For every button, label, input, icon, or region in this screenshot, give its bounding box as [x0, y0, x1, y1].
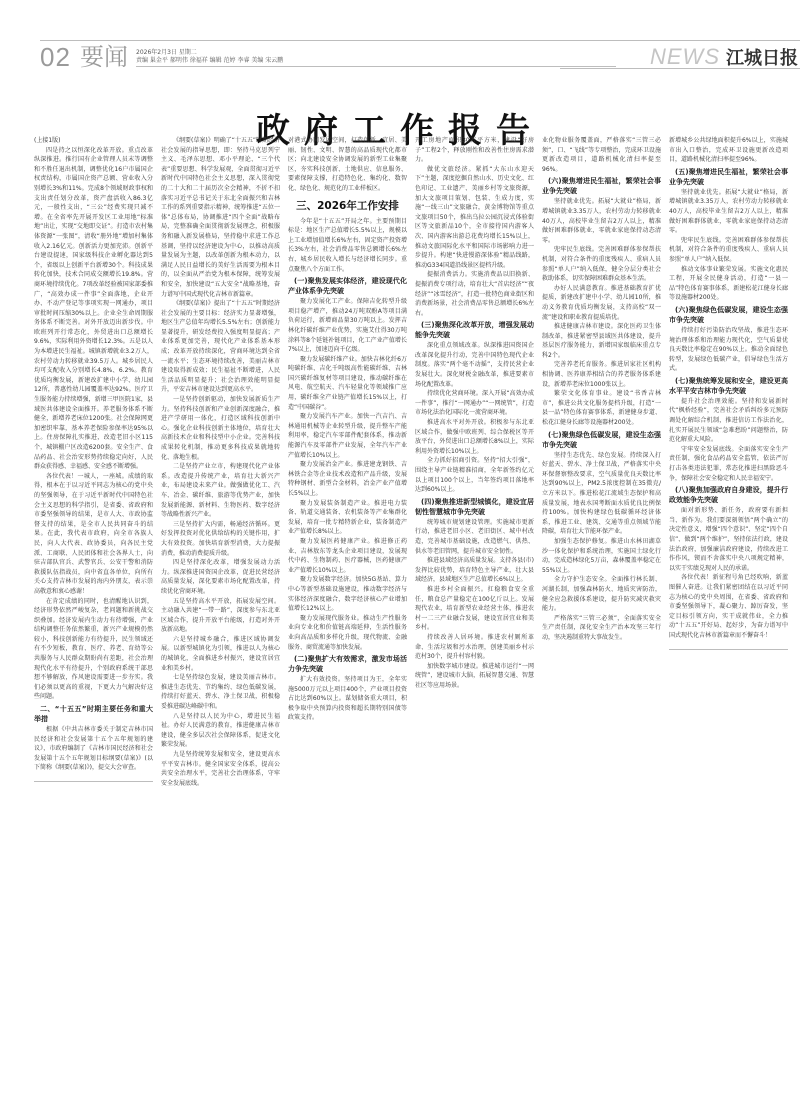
paragraph: 聚力发展现代服务业。推动生产性服务业向专业化和价值链高端延伸，生活性服务业向高品…	[288, 614, 407, 652]
text-column-5: 业化物业服务覆盖面，严格落实“三管三必须”，口、“飞线”等专项整治，完成环卫设施…	[542, 136, 661, 1088]
text-column-4: 开工房地产面积30万平方米，建设“好房子”工程2个，释放刚性和改善性住房需求潜力…	[415, 136, 534, 1088]
top-rule	[40, 40, 800, 41]
paragraph: 《纲要(草案)》明确了“十五五”时期经济社会发展的指导思想，即：坚持马克思列宁主…	[161, 136, 280, 299]
paragraph: 七是坚持绿色发展，建设美丽吉林市。推进生态优先、节约集约、绿色低碳发展，持续打好…	[161, 673, 280, 711]
paragraph: 坚持生态优先、绿色发展。持续深入打好蓝天、碧水、净土保卫战，严格落实中央环保督察…	[542, 451, 661, 537]
paragraph: 深化重点领域改革。纵深推进国资国企改革深化提升行动，完善中国特色现代企业制度。落…	[415, 341, 534, 389]
paragraph: 六是坚持城乡融合，推进区域协调发展。以新型城镇化为引领，推进以人为核心的城镇化，…	[161, 635, 280, 673]
text-column-1: (上接1版)四是持之以恒深化改革开放。重点改革纵深推进。推行国有企业管理人员末等…	[34, 136, 153, 1088]
editor-credits: 责编 巢金平 郝明伟 徐福祥 编辑 范婷 李睿 美编 宋云鹏	[136, 57, 283, 65]
paragraph: 聚力发展医药健康产业。推进修正药业、吉林敖东等龙头企业项目建设，发展现代中药、生…	[288, 537, 407, 575]
section-name: 要闻	[80, 42, 128, 72]
paragraph: 统筹城市规划建设管理。实施城市更新行动，推进老旧小区、老旧街区、城中村改造，完善…	[415, 518, 534, 556]
paragraph: 提振消费活力。实施消费品以旧换新、提振消费专项行动，培育壮大“首店经济”“夜经济…	[415, 270, 534, 318]
paragraph: 持续改善人居环境。推进农村厕所革命、生活垃圾和污水治理，创建美丽乡村示范村30个…	[415, 633, 534, 662]
paragraph: 聚力发展装备制造产业。推进电力装备、轨道交通装备、农机装备等产业集群化发展，培育…	[288, 499, 407, 537]
paragraph: 面对新形势、新任务，政府要有新担当、新作为。我们要深刻领悟“两个确立”的决定性意…	[669, 506, 788, 573]
masthead: 02 要闻 2026年2月3日 星期二 责编 巢金平 郝明伟 徐福祥 编辑 范婷…	[40, 42, 800, 72]
paragraph: 推进高水平对外开放。积极参与东北亚区域合作，做强中欧班列、综合保税区等开放平台，…	[415, 418, 534, 456]
logo-divider	[560, 68, 800, 69]
paragraph: 五是坚持高水平开放，拓展发展空间。主动融入共建“一带一路”，深度参与东北亚区域合…	[161, 597, 280, 635]
paragraph: 《纲要(草案)》提出了“十五五”时期经济社会发展的主要目标：经济实力显著增强，地…	[161, 299, 280, 395]
paragraph: 开工房地产面积30万平方米，建设“好房子”工程2个，释放刚性和改善性住房需求潜力…	[415, 136, 534, 165]
section-heading: (八)聚焦加强政府自身建设，提升行政效能争先突破	[669, 485, 788, 505]
issue-meta: 2026年2月3日 星期二 责编 巢金平 郝明伟 徐福祥 编辑 范婷 李睿 美编…	[136, 49, 283, 65]
paragraph: 扩大有效投资。坚持项目为王，全年实施5000万元以上项目400个，产业项目投资占…	[288, 675, 407, 723]
paragraph: 在肯定成绩的同时，也清醒地认识到，经济形势依然严峻复杂，老问题和新挑战交织叠加。…	[34, 597, 153, 703]
text-column-3: 对港式协同发展空间，打造创新、宜居、美丽、韧性、文明、智慧的高品质现代化都市区；…	[288, 136, 407, 1088]
paragraph: 聚力发展冶金产业。推进建龙钢铁、吉林铁合金等企业技术改造和产品升级，发展特种钢材…	[288, 460, 407, 498]
paragraph: 完善养老托育服务。推进居家社区机构相协调、医养康养相结合的养老服务体系建设，新增…	[542, 360, 661, 389]
paragraph: 做优文旅经济。紧抓“大东山水迎天下”主题，深度挖掘自然山水、历史文化、红色印记、…	[415, 165, 534, 271]
paragraph: 聚力发展化工产业。保障吉化转型升级项目稳产增产，推动24万吨双酚A等项目满负荷运…	[288, 297, 407, 355]
paragraph: 聚力发展碳纤维产业。加快吉林化纤6万吨碳纤维、吉化千吨级高性能碳纤维、吉林国兴碳…	[288, 355, 407, 413]
paragraph: 九是坚持统筹发展和安全，建设更高水平平安吉林市。健全国家安全体系，提高公共安全治…	[161, 750, 280, 788]
paragraph: 业化物业服务覆盖面，严格落实“三管三必须”，口、“飞线”等专项整治，完成环卫设施…	[542, 136, 661, 174]
paragraph: 根据《中共吉林市委关于制定吉林市国民经济和社会发展第十五个五年规划的建议》，市政…	[34, 725, 153, 773]
paragraph: 全力守护生态安全。全面推行林长制、河湖长制，加强森林防火、地质灾害防治，健全应急…	[542, 575, 661, 613]
paragraph: 坚持就业优先。拓展“大就业”格局，新增城镇就业3.35万人，农村劳动力转移就业4…	[669, 188, 788, 236]
paragraph: 各位代表！新征程号角已经吹响，新蓝图催人奋进。让我们紧密团结在以习近平同志为核心…	[669, 573, 788, 640]
section-heading: 二、“十五五”时期主要任务和重大举措	[34, 704, 153, 724]
paragraph: 八是坚持以人民为中心，增进民生福祉。办好人民满意的教育，推进健康吉林市建设，健全…	[161, 712, 280, 750]
paragraph: 推进县域经济高质量发展。支持各县(市)发挥比较优势，培育特色主导产业，壮大县域经…	[415, 556, 534, 585]
paragraph: 全力抓好招商引资。坚持“招大引强”，围绕主导产业链精准招商，全年新签约亿元以上项…	[415, 456, 534, 494]
paragraph: (上接1版)	[34, 136, 153, 146]
paragraph: 加快数字城市建设。推进城市运行“一网统管”，建设城市大脑，拓展智慧交通、智慧社区…	[415, 662, 534, 691]
paragraph: 二是坚持产业立市，构建现代化产业体系。改造提升传统产业，培育壮大新兴产业，布局建…	[161, 462, 280, 520]
section-heading: (一)聚焦发展实体经济，建设现代化产业体系争先突破	[288, 276, 407, 296]
text-column-6: 新增城乡公共绿地面积提升6%以上，实施城市出入口整治，完成环卫设施更新改造项目，…	[669, 136, 788, 1088]
paragraph: 严格落实“三管三必须”，全面落实安全生产责任制，深化安全生产治本攻坚三年行动，坚…	[542, 614, 661, 643]
newspaper-logo: NEWS江城日报	[650, 44, 798, 70]
article-body: (上接1版)四是持之以恒深化改革开放。重点改革纵深推进。推行国有企业管理人员末等…	[34, 136, 794, 1088]
paragraph: 今年是“十五五”开局之年。主要预期目标是：地区生产总值增长5.5%以上，规模以上…	[288, 217, 407, 275]
section-heading: (二)聚焦扩大有效需求，激发市场活力争先突破	[288, 654, 407, 674]
paragraph: 加强生态保护修复。推进山水林田湖草沙一体化保护和系统治理，实施国土绿化行动，完成…	[542, 537, 661, 575]
paragraph: 各位代表！一城人，一座城。成绩的取得，根本在于以习近平同志为核心的党中央的坚强领…	[34, 472, 153, 597]
paragraph: 持续打好污染防治攻坚战，推进生态环境治理体系和治理能力现代化，空气质量优良天数比…	[669, 326, 788, 374]
section-heading: (四)聚焦推进新型城镇化，建设宜居韧性智慧城市争先突破	[415, 497, 534, 517]
section-heading: (三)聚焦深化改革开放，增强发展动能争先突破	[415, 320, 534, 340]
paragraph: 繁荣文化体育事业。建设“书香吉林市”，推进公共文化服务提档升级，打造“一县一品”…	[542, 389, 661, 427]
logo-paper-name: 江城日报	[726, 48, 798, 69]
paragraph: 兜牢民生底线。完善困难群体参保帮扶机制，对符合条件的重度残疾人、重病人员参照“单…	[669, 236, 788, 265]
paragraph: 一是坚持创新驱动，加快发展新质生产力。坚持科技创新和产业创新深度融合，推进产学研…	[161, 395, 280, 462]
paragraph: 聚力发展数字经济。加快5G基站、算力中心等新型基础设施建设，推动数字经济与实体经…	[288, 575, 407, 613]
logo-news-text: NEWS	[650, 44, 720, 69]
paragraph: 三是坚持扩大内需，畅通经济循环。更好发挥投资对优化供给结构的关键作用，扩大有效投…	[161, 520, 280, 558]
column-end-rule	[669, 649, 788, 650]
paragraph: 持续优化营商环境。深入开展“高效办成一件事”，推行“一网通办”“一网统管”，打造…	[415, 389, 534, 418]
meta-divider	[136, 66, 616, 67]
paragraph: 提升社会治理效能。坚持和发展新时代“枫桥经验”，完善社会矛盾纠纷多元预防调处化解…	[669, 397, 788, 445]
paragraph: 守牢安全发展底线。全面落实安全生产责任制，强化食品药品安全监管，依法严厉打击各类…	[669, 445, 788, 483]
paragraph: 坚持就业优先。拓展“大就业”格局，新增城镇就业3.35万人，农村劳动力转移就业4…	[542, 197, 661, 245]
issue-date: 2026年2月3日 星期二	[136, 49, 283, 57]
paragraph: 四是持之以恒深化改革开放。重点改革纵深推进。推行国有企业管理人员末等调整和不胜任…	[34, 146, 153, 472]
section-heading: (六)聚焦绿色低碳发展，建设生态强市争先突破	[669, 305, 788, 325]
paragraph: 对港式协同发展空间，打造创新、宜居、美丽、韧性、文明、智慧的高品质现代化都市区；…	[288, 136, 407, 194]
paragraph: 新增城乡公共绿地面积提升6%以上，实施城市出入口整治，完成环卫设施更新改造项目，…	[669, 136, 788, 165]
section-heading: 三、2026年工作安排	[288, 200, 407, 213]
paragraph: 四是坚持深化改革，增强发展动力活力。纵深推进国资国企改革，促进民营经济高质量发展…	[161, 558, 280, 596]
paragraph: 推进健康吉林市建设。深化医药卫生体制改革，推进紧密型县域医共体建设，提升基层医疗…	[542, 322, 661, 360]
page-number: 02	[40, 42, 71, 72]
section-heading: (七)聚焦统筹发展和安全，建设更高水平平安吉林市争先突破	[669, 376, 788, 396]
section-heading: (七)聚焦绿色低碳发展，建设生态强市争先突破	[542, 430, 661, 450]
paragraph: 兜牢民生底线。完善困难群体参保帮扶机制，对符合条件的重度残疾人、重病人员参照“单…	[542, 245, 661, 283]
column-end-rule	[34, 781, 153, 782]
paragraph: 聚力发展汽车产业。加快一汽吉汽、吉林通用机械等企业转型升级，提升整车产能利用率，…	[288, 412, 407, 460]
text-column-2: 《纲要(草案)》明确了“十五五”时期经济社会发展的指导思想，即：坚持马克思列宁主…	[161, 136, 280, 1088]
paragraph: 推进乡村全面振兴。扛稳粮食安全重任，粮食总产量稳定在100亿斤以上。发展现代农业…	[415, 585, 534, 633]
paragraph: 推动文体事业繁荣发展。实施文化惠民工程，开展全民健身活动，打造“一县一品”特色体…	[669, 265, 788, 303]
paragraph: 办好人民满意教育。推进基础教育扩优提质，新建改扩建中小学、幼儿园10所，推动义务…	[542, 284, 661, 322]
section-heading: (六)聚焦增进民生福祉，繁荣社会事业争先突破	[542, 176, 661, 196]
section-heading: (五)聚焦增进民生福祉，繁荣社会事业争先突破	[669, 167, 788, 187]
